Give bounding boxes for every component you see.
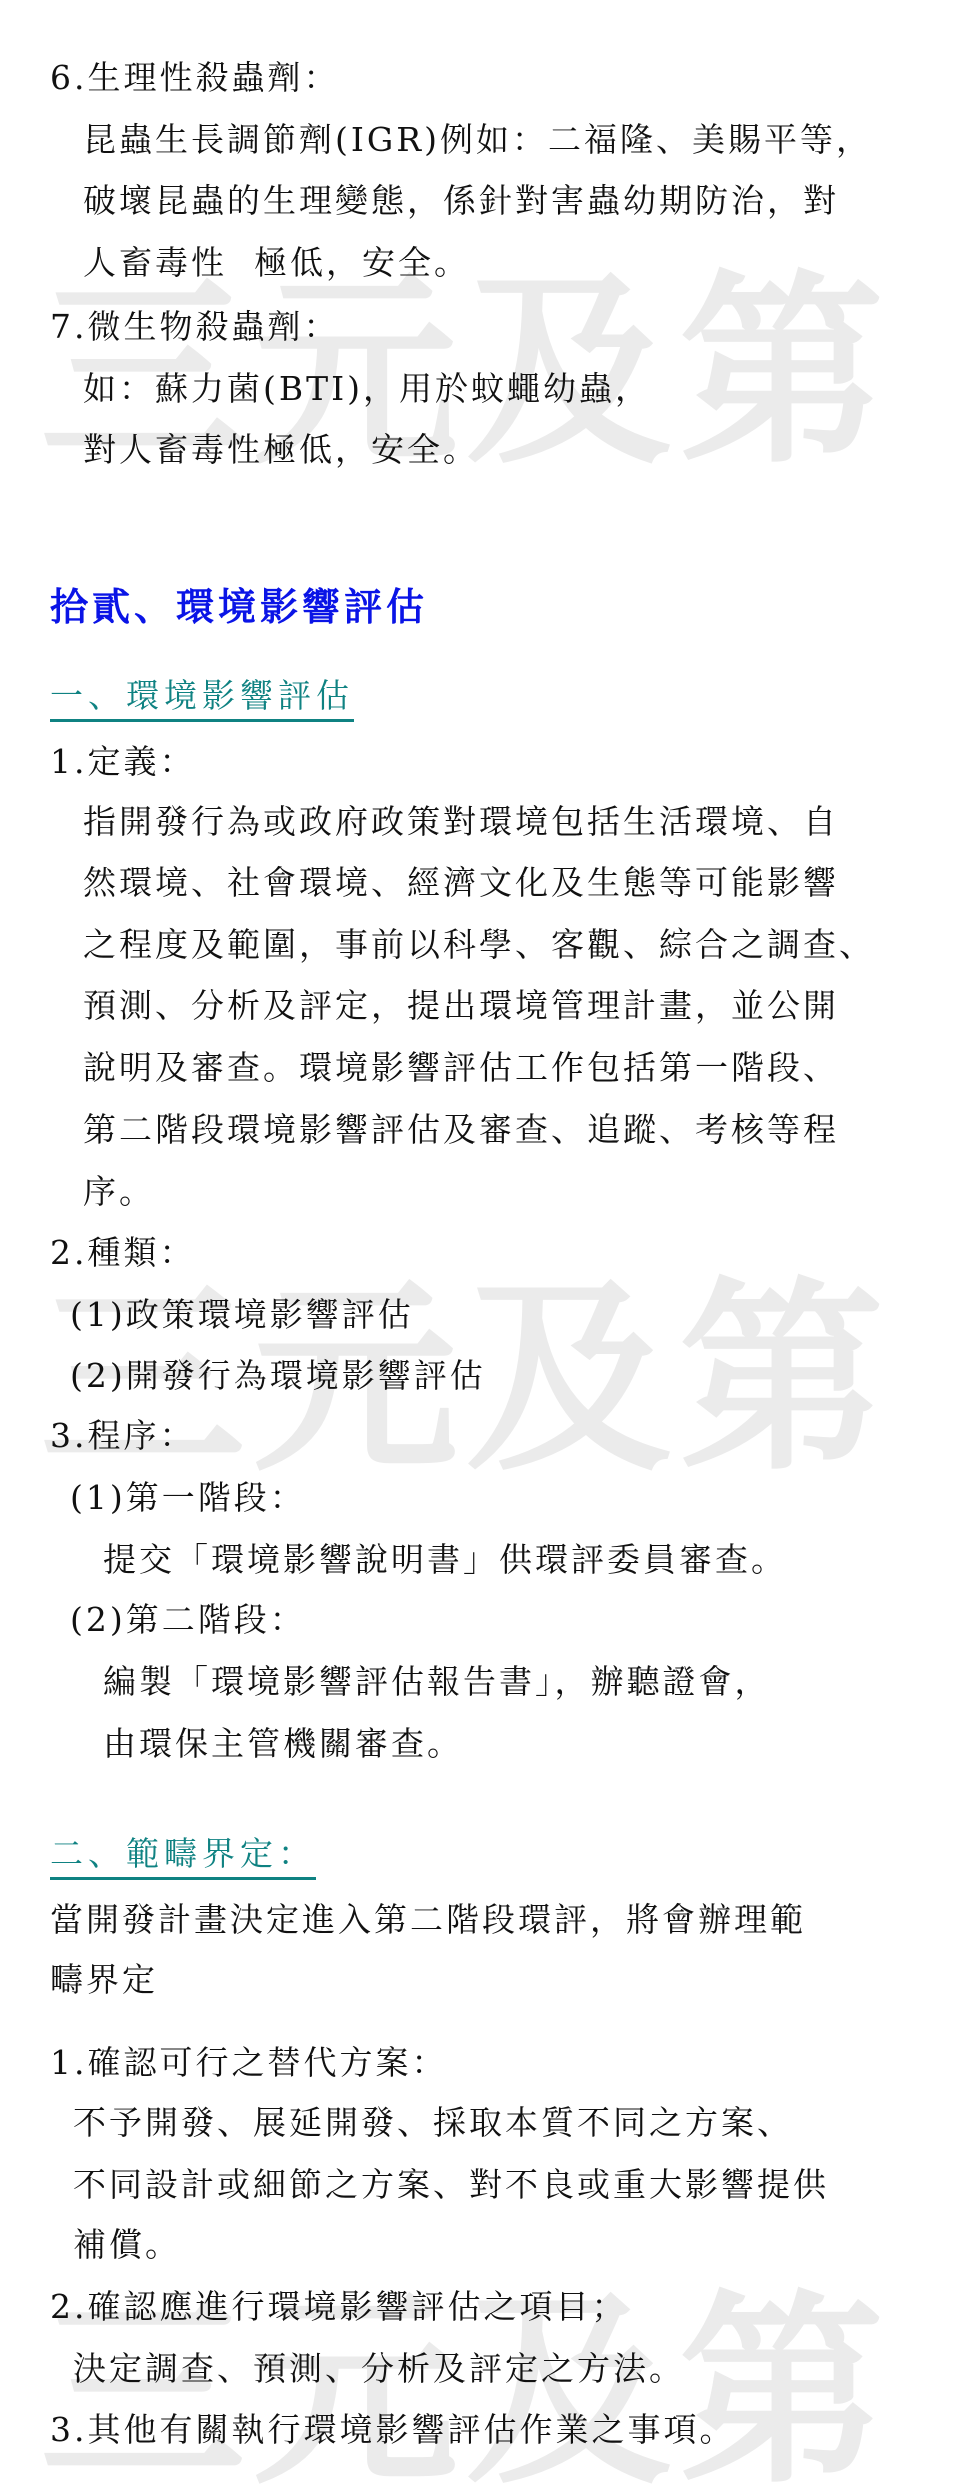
stage-2-title: (2)第二階段： (70, 1600, 306, 1640)
definition-line: 預測、分析及評定，提出環境管理計畫，並公開 (83, 986, 839, 1026)
types-title: 2.種類： (50, 1233, 196, 1273)
part-2-intro-line: 疇界定 (50, 1960, 158, 2000)
types-item: (2)開發行為環境影響評估 (70, 1356, 486, 1396)
item-7-line: 如：蘇力菌(BTI)，用於蚊蠅幼蟲， (83, 369, 651, 409)
definition-line: 說明及審查。環境影響評估工作包括第一階段、 (83, 1048, 839, 1088)
item-6-line: 昆蟲生長調節劑(IGR)例如：二福隆、美賜平等， (83, 120, 872, 160)
stage-1-line: 提交「環境影響說明書」供環評委員審查。 (103, 1540, 787, 1580)
item-6-line: 破壞昆蟲的生理變態，係針對害蟲幼期防治，對 (83, 181, 839, 221)
stage-1-title: (1)第一階段： (70, 1478, 306, 1518)
scoping-item-1-line: 補償。 (73, 2225, 181, 2265)
scoping-item-1-line: 不同設計或細節之方案、對不良或重大影響提供 (73, 2165, 829, 2205)
stage-2-line: 編製「環境影響評估報告書」，辦聽證會， (103, 1662, 771, 1702)
scoping-item-2-title: 2.確認應進行環境影響評估之項目； (50, 2287, 628, 2327)
scoping-item-1-line: 不予開發、展延開發、採取本質不同之方案、 (73, 2103, 793, 2143)
procedure-title: 3.程序： (50, 1416, 196, 1456)
part-1-heading: 一、環境影響評估 (50, 676, 354, 722)
item-7-title: 7.微生物殺蟲劑： (50, 307, 340, 347)
definition-line: 第二階段環境影響評估及審查、追蹤、考核等程 (83, 1110, 839, 1150)
definition-line: 指開發行為或政府政策對環境包括生活環境、自 (83, 802, 839, 842)
types-item: (1)政策環境影響評估 (70, 1295, 414, 1335)
chapter-title: 拾貳、環境影響評估 (50, 584, 428, 630)
scoping-item-3-title: 3.其他有關執行環境影響評估作業之事項。 (50, 2410, 736, 2450)
part-2-intro-line: 當開發計畫決定進入第二階段環評，將會辦理範 (50, 1900, 806, 1940)
scoping-item-1-title: 1.確認可行之替代方案： (50, 2043, 448, 2083)
definition-line: 之程度及範圍，事前以科學、客觀、綜合之調查、 (83, 925, 875, 965)
item-7-line: 對人畜毒性極低，安全。 (83, 430, 479, 470)
definition-line: 然環境、社會環境、經濟文化及生態等可能影響 (83, 863, 839, 903)
part-2-heading: 二、範疇界定： (50, 1834, 316, 1880)
definition-title: 1.定義： (50, 742, 196, 782)
item-6-title: 6.生理性殺蟲劑： (50, 58, 340, 98)
definition-line: 序。 (83, 1172, 155, 1212)
scoping-item-2-line: 決定調查、預測、分析及評定之方法。 (73, 2349, 685, 2389)
stage-2-line: 由環保主管機關審查。 (103, 1724, 463, 1764)
item-6-line: 人畜毒性 極低，安全。 (83, 243, 470, 283)
